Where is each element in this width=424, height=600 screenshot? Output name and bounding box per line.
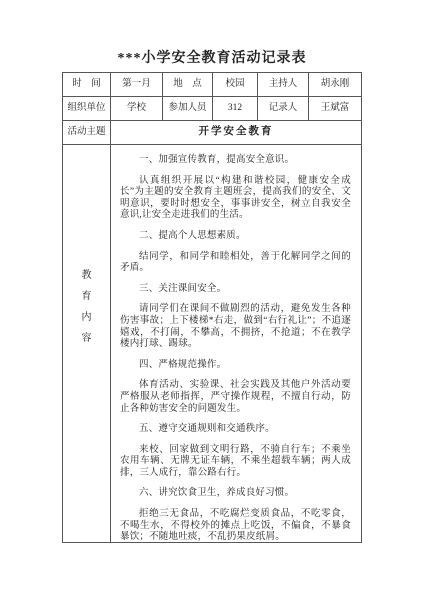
section-paragraph: 来校、回家做到文明行路，不骑自行车；不乘坐农用车辆、无牌无证车辆，不乘坐超载车辆… <box>120 445 351 480</box>
label-organizer: 组织单位 <box>63 97 111 120</box>
value-place: 校园 <box>213 73 258 96</box>
section-paragraph: 结同学，和同学和睦相处，善于化解同学之间的矛盾。 <box>120 252 351 275</box>
value-organizer: 学校 <box>111 97 163 120</box>
section-heading: 五、遵守交通规则和交通秩序。 <box>120 424 351 436</box>
section-paragraph: 认真组织开展以“构建和谐校园，健康安全成长”为主题的安全教育主题班会，提高我们的… <box>120 176 351 222</box>
value-recorder: 王斌富 <box>309 97 361 120</box>
section-heading: 四、严格规范操作。 <box>120 360 351 372</box>
section-paragraph: 拒绝三无食品，不吃腐烂变质食品，不吃零食，不喝生水，不得校外的摊点上吃饭，不偏食… <box>120 509 351 542</box>
label-participants: 参加人员 <box>163 97 213 120</box>
content-label-char: 育 <box>82 292 92 302</box>
section-paragraph: 体育活动、实验课、社会实践及其他户外活动要严格服从老师指挥，严守操作规程，不擅自… <box>120 380 351 415</box>
section-heading: 一、加强宣传教育，提高安全意识。 <box>120 155 351 167</box>
document-page: ***小学安全教育活动记录表 时 间 第一月 地 点 校园 主持人 胡永刚 组织… <box>0 0 424 600</box>
section-heading: 三、关注课间安全。 <box>120 284 351 296</box>
label-time: 时 间 <box>63 73 111 96</box>
document-title: ***小学安全教育活动记录表 <box>62 47 362 67</box>
section-heading: 二、提高个人思想素质。 <box>120 231 351 243</box>
label-host: 主持人 <box>258 73 309 96</box>
value-theme: 开学安全教育 <box>111 121 361 144</box>
content-label-vertical: 教 育 内 容 <box>63 145 111 542</box>
table-row-time: 时 间 第一月 地 点 校园 主持人 胡永刚 <box>63 73 361 97</box>
section-paragraph: 请同学们在课间不做剧烈的活动，避免发生各种伤害事故；上下楼梯*右走，做到“右行礼… <box>120 304 351 350</box>
value-participants: 312 <box>213 97 258 120</box>
label-place: 地 点 <box>163 73 213 96</box>
table-row-organizer: 组织单位 学校 参加人员 312 记录人 王斌富 <box>63 97 361 121</box>
value-time: 第一月 <box>111 73 163 96</box>
content-label-char: 容 <box>82 334 92 344</box>
section-heading: 六、讲究饮食卫生，养成良好习惯。 <box>120 488 351 500</box>
table-row-theme: 活动主题 开学安全教育 <box>63 121 361 145</box>
record-form-table: 时 间 第一月 地 点 校园 主持人 胡永刚 组织单位 学校 参加人员 312 … <box>62 72 362 543</box>
content-label-char: 内 <box>82 313 92 323</box>
table-row-content: 教 育 内 容 一、加强宣传教育，提高安全意识。 认真组织开展以“构建和谐校园，… <box>63 145 361 542</box>
label-recorder: 记录人 <box>258 97 309 120</box>
education-content-cell: 一、加强宣传教育，提高安全意识。 认真组织开展以“构建和谐校园，健康安全成长”为… <box>111 145 361 542</box>
value-host: 胡永刚 <box>309 73 361 96</box>
content-label-char: 教 <box>82 271 92 281</box>
label-theme: 活动主题 <box>63 121 111 144</box>
